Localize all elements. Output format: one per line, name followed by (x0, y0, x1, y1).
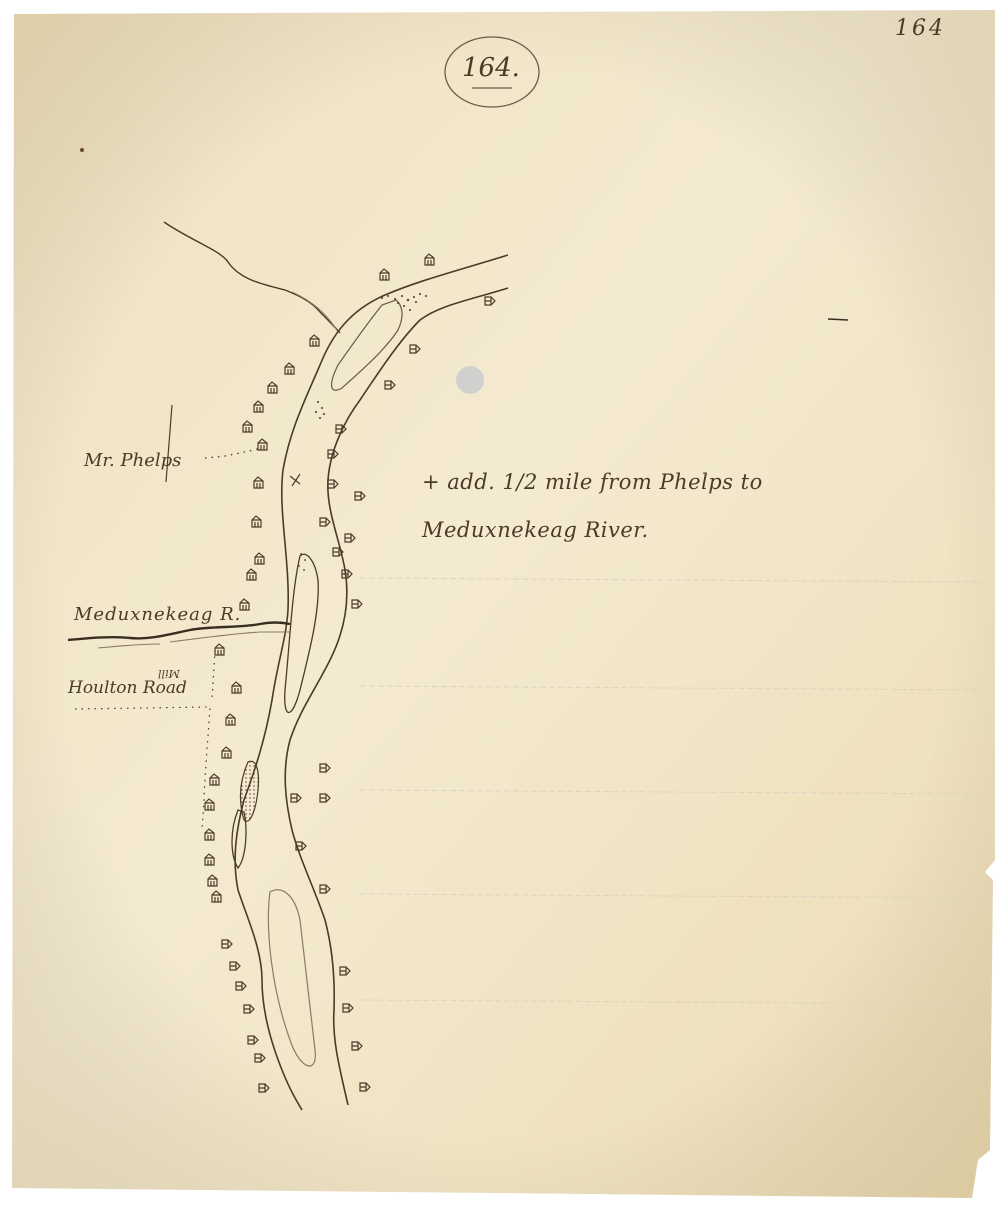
label-phelps: Mr. Phelps (84, 452, 181, 470)
manuscript-page: 164. 164 + add. 1/2 mile from Phelps to … (0, 0, 1000, 1225)
folio-number-circled: 164. (462, 55, 520, 81)
note-line-1: + add. 1/2 mile from Phelps to (422, 472, 763, 493)
note-line-2: Meduxnekeag River. (422, 520, 649, 541)
label-meduxnekeag-river: Meduxnekeag R. (74, 606, 241, 624)
label-houlton-road: Houlton Road (68, 680, 187, 697)
folio-number-corner: 164 (895, 18, 946, 40)
label-mill: Mill (158, 668, 180, 679)
ink-stain (456, 366, 484, 394)
